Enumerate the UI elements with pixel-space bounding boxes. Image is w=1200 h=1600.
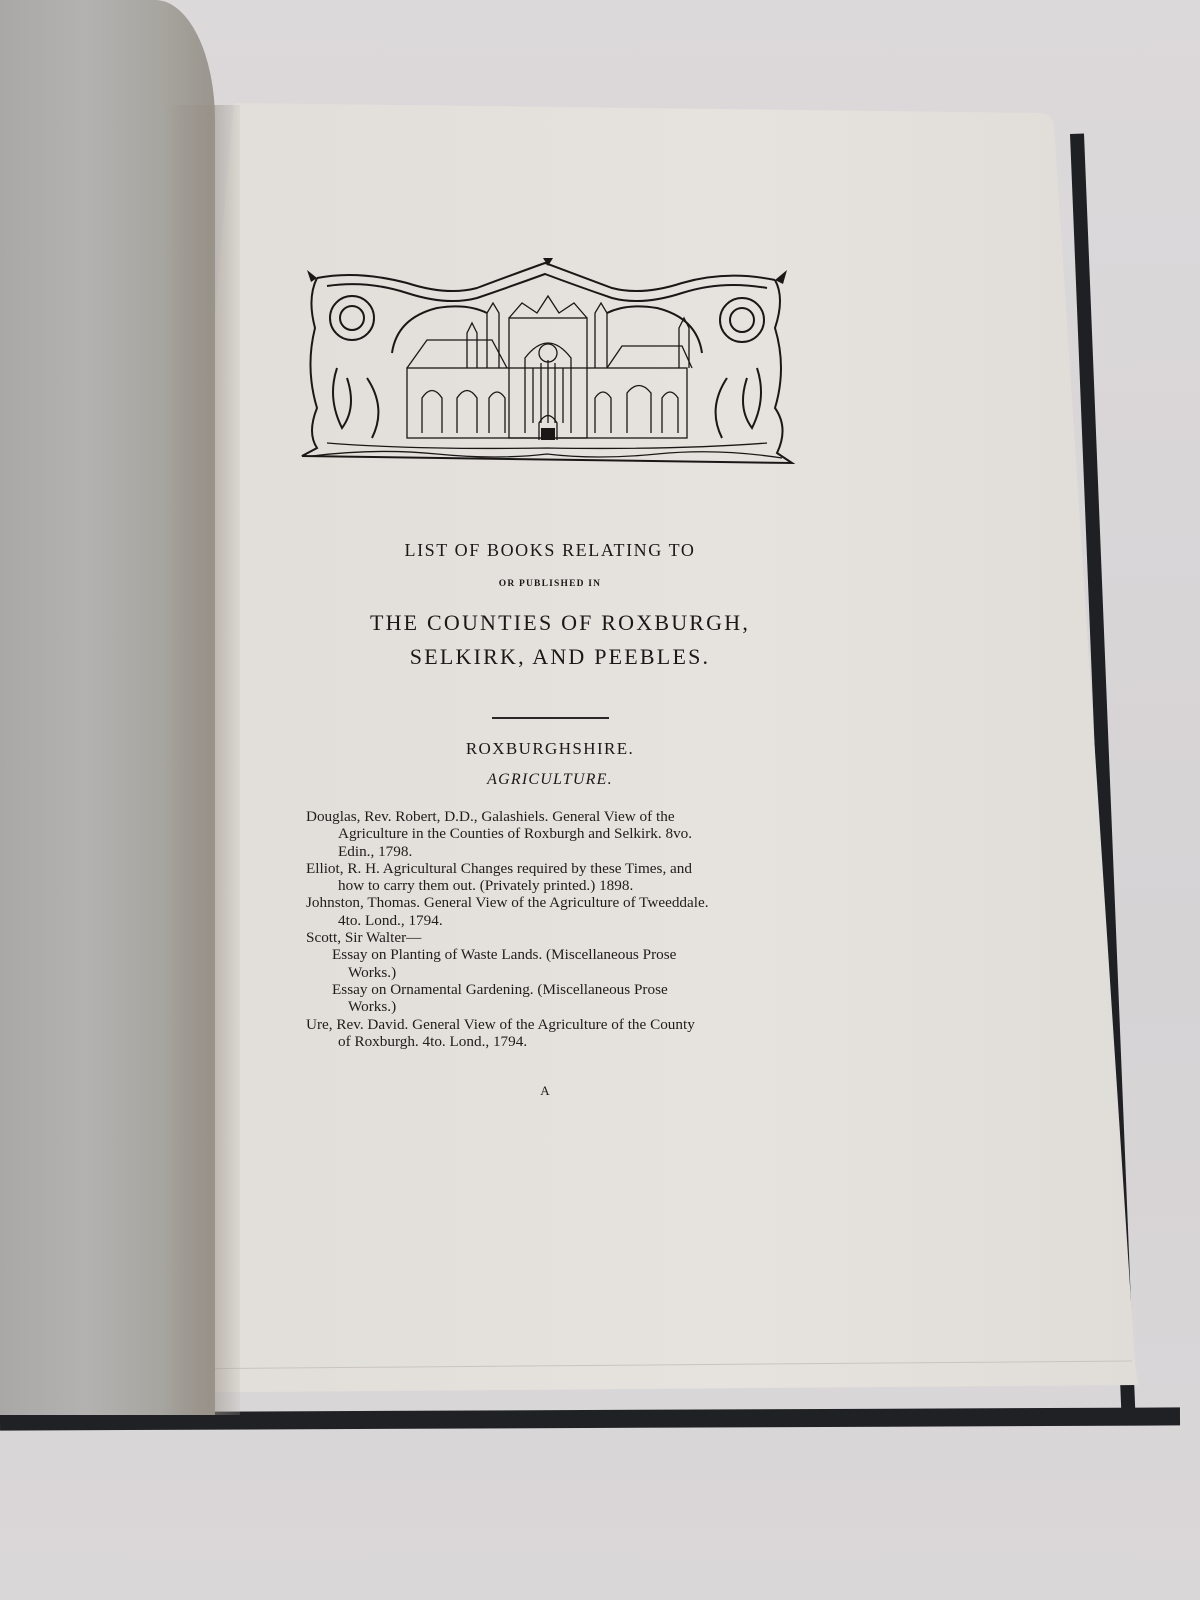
subentry-line: Essay on Ornamental Gardening. (Miscella… bbox=[306, 981, 792, 998]
entry-line: Ure, Rev. David. General View of the Agr… bbox=[306, 1016, 792, 1033]
abbey-headpiece-illustration bbox=[297, 258, 797, 470]
page-content: LIST OF BOOKS RELATING TO OR PUBLISHED I… bbox=[0, 0, 1200, 1600]
divider-rule bbox=[492, 717, 609, 719]
subentry-line: Works.) bbox=[306, 964, 792, 981]
bibliography-entry-scott: Scott, Sir Walter— Essay on Planting of … bbox=[306, 929, 792, 1015]
entry-line: how to carry them out. (Privately printe… bbox=[306, 877, 792, 894]
entry-line: of Roxburgh. 4to. Lond., 1794. bbox=[306, 1033, 792, 1050]
subsection-heading: AGRICULTURE. bbox=[340, 771, 760, 789]
title-line-3: THE COUNTIES OF ROXBURGH, bbox=[330, 610, 790, 636]
bibliography-list: Douglas, Rev. Robert, D.D., Galashiels. … bbox=[306, 808, 792, 1050]
entry-line: Douglas, Rev. Robert, D.D., Galashiels. … bbox=[306, 808, 792, 825]
entry-line: Scott, Sir Walter— bbox=[306, 929, 792, 946]
bibliography-entry-ure: Ure, Rev. David. General View of the Agr… bbox=[306, 1016, 792, 1051]
bibliography-entry-johnston: Johnston, Thomas. General View of the Ag… bbox=[306, 894, 792, 929]
entry-line: Elliot, R. H. Agricultural Changes requi… bbox=[306, 860, 792, 877]
title-line-4: SELKIRK, AND PEEBLES. bbox=[330, 644, 790, 670]
entry-line: Edin., 1798. bbox=[306, 843, 792, 860]
bibliography-entry-douglas: Douglas, Rev. Robert, D.D., Galashiels. … bbox=[306, 808, 792, 860]
subentry-line: Works.) bbox=[306, 998, 792, 1015]
bibliography-entry-elliot: Elliot, R. H. Agricultural Changes requi… bbox=[306, 860, 792, 895]
entry-line: Johnston, Thomas. General View of the Ag… bbox=[306, 894, 792, 911]
subentry-line: Essay on Planting of Waste Lands. (Misce… bbox=[306, 946, 792, 963]
section-heading: ROXBURGHSHIRE. bbox=[340, 739, 760, 759]
entry-line: 4to. Lond., 1794. bbox=[306, 912, 792, 929]
signature-mark: A bbox=[520, 1083, 570, 1099]
title-line-1: LIST OF BOOKS RELATING TO bbox=[340, 540, 760, 561]
title-line-2: OR PUBLISHED IN bbox=[340, 579, 760, 589]
entry-line: Agriculture in the Counties of Roxburgh … bbox=[306, 825, 792, 842]
abbey-engraving-icon bbox=[297, 258, 797, 470]
